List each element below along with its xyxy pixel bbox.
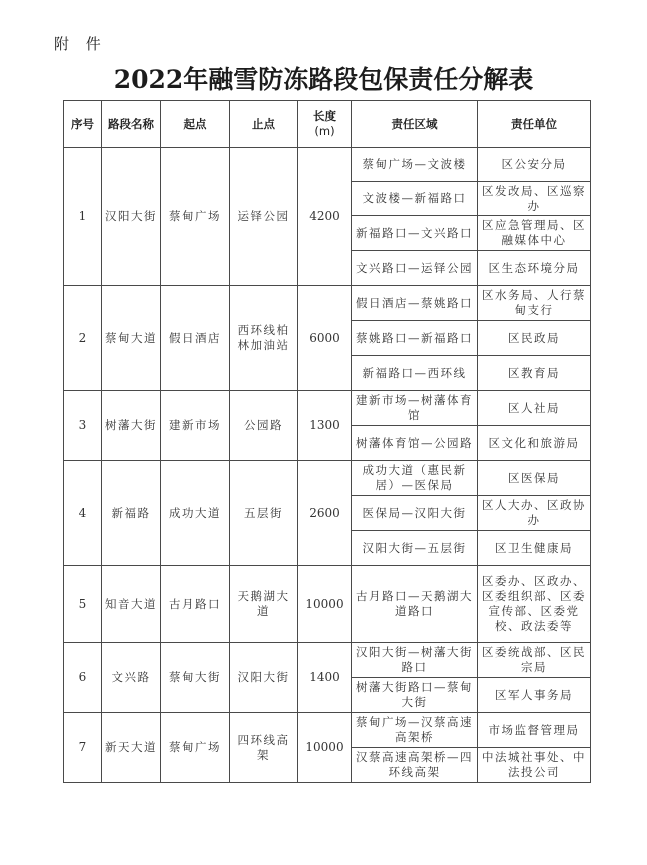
cell-area: 新福路口—西环线 [352,356,478,391]
cell-area: 医保局—汉阳大街 [352,496,478,531]
cell-start: 蔡甸广场 [161,713,230,783]
cell-area: 成功大道（惠民新居）—医保局 [352,461,478,496]
cell-unit: 区委办、区政办、区委组织部、区委宣传部、区委党校、政法委等 [478,566,591,643]
cell-unit: 区委统战部、区民宗局 [478,643,591,678]
table-row: 7 新天大道 蔡甸广场 四环线高架 10000 蔡甸广场—汉蔡高速高架桥 市场监… [64,713,591,748]
table-row: 6 文兴路 蔡甸大街 汉阳大街 1400 汉阳大街—树藩大街路口 区委统战部、区… [64,643,591,678]
cell-road: 新天大道 [102,713,161,783]
cell-no: 4 [64,461,102,566]
cell-road: 新福路 [102,461,161,566]
cell-no: 7 [64,713,102,783]
cell-area: 汉蔡高速高架桥—四环线高架 [352,748,478,783]
table-row: 1 汉阳大街 蔡甸广场 运铎公园 4200 蔡甸广场—文波楼 区公安分局 [64,148,591,182]
cell-length: 10000 [298,713,352,783]
header-unit: 责任单位 [478,101,591,148]
cell-unit: 区卫生健康局 [478,531,591,566]
header-end: 止点 [230,101,298,148]
cell-area: 新福路口—文兴路口 [352,216,478,251]
cell-unit: 区人大办、区政协办 [478,496,591,531]
cell-unit: 区水务局、人行蔡甸支行 [478,286,591,321]
cell-road: 汉阳大街 [102,148,161,286]
cell-start: 假日酒店 [161,286,230,391]
cell-end: 四环线高架 [230,713,298,783]
cell-start: 成功大道 [161,461,230,566]
cell-area: 蔡甸广场—文波楼 [352,148,478,182]
cell-unit: 区教育局 [478,356,591,391]
table-row: 3 树藩大街 建新市场 公园路 1300 建新市场—树藩体育馆 区人社局 [64,391,591,426]
cell-end: 五层街 [230,461,298,566]
cell-start: 蔡甸大街 [161,643,230,713]
cell-unit: 区公安分局 [478,148,591,182]
cell-no: 6 [64,643,102,713]
cell-area: 文兴路口—运铎公园 [352,251,478,286]
cell-length: 1300 [298,391,352,461]
document-title: 2022年融雪防冻路段包保责任分解表 [0,60,647,96]
cell-unit: 区医保局 [478,461,591,496]
table-row: 5 知音大道 古月路口 天鹅湖大道 10000 古月路口—天鹅湖大道路口 区委办… [64,566,591,643]
cell-area: 汉阳大街—五层街 [352,531,478,566]
cell-road: 树藩大街 [102,391,161,461]
cell-road: 蔡甸大道 [102,286,161,391]
cell-length: 6000 [298,286,352,391]
table-row: 2 蔡甸大道 假日酒店 西环线柏林加油站 6000 假日酒店—蔡姚路口 区水务局… [64,286,591,321]
cell-area: 文波楼—新福路口 [352,182,478,216]
header-start: 起点 [161,101,230,148]
cell-no: 3 [64,391,102,461]
cell-area: 蔡姚路口—新福路口 [352,321,478,356]
cell-area: 树藩体育馆—公园路 [352,426,478,461]
cell-area: 树藩大街路口—蔡甸大街 [352,678,478,713]
header-length: 长度(m) [298,101,352,148]
cell-length: 4200 [298,148,352,286]
responsibility-table: 序号 路段名称 起点 止点 长度(m) 责任区域 责任单位 1 汉阳大街 蔡甸广… [63,100,591,783]
cell-road: 知音大道 [102,566,161,643]
cell-area: 汉阳大街—树藩大街路口 [352,643,478,678]
cell-road: 文兴路 [102,643,161,713]
cell-no: 2 [64,286,102,391]
cell-area: 建新市场—树藩体育馆 [352,391,478,426]
cell-length: 1400 [298,643,352,713]
cell-unit: 中法城社事处、中法投公司 [478,748,591,783]
cell-unit: 区人社局 [478,391,591,426]
cell-start: 建新市场 [161,391,230,461]
cell-end: 汉阳大街 [230,643,298,713]
cell-length: 10000 [298,566,352,643]
cell-area: 假日酒店—蔡姚路口 [352,286,478,321]
cell-unit: 区生态环境分局 [478,251,591,286]
header-no: 序号 [64,101,102,148]
cell-unit: 区民政局 [478,321,591,356]
cell-unit: 区军人事务局 [478,678,591,713]
table-header-row: 序号 路段名称 起点 止点 长度(m) 责任区域 责任单位 [64,101,591,148]
header-road: 路段名称 [102,101,161,148]
header-length-unit: (m) [314,124,334,138]
cell-no: 1 [64,148,102,286]
cell-area: 蔡甸广场—汉蔡高速高架桥 [352,713,478,748]
cell-end: 运铎公园 [230,148,298,286]
cell-area: 古月路口—天鹅湖大道路口 [352,566,478,643]
cell-unit: 区应急管理局、区融媒体中心 [478,216,591,251]
cell-end: 公园路 [230,391,298,461]
cell-start: 古月路口 [161,566,230,643]
table-row: 4 新福路 成功大道 五层街 2600 成功大道（惠民新居）—医保局 区医保局 [64,461,591,496]
cell-start: 蔡甸广场 [161,148,230,286]
header-length-label: 长度 [313,109,336,123]
attachment-label: 附 件 [54,33,107,54]
cell-unit: 区发改局、区巡察办 [478,182,591,216]
cell-end: 西环线柏林加油站 [230,286,298,391]
header-area: 责任区域 [352,101,478,148]
cell-unit: 区文化和旅游局 [478,426,591,461]
cell-length: 2600 [298,461,352,566]
cell-end: 天鹅湖大道 [230,566,298,643]
cell-unit: 市场监督管理局 [478,713,591,748]
cell-no: 5 [64,566,102,643]
